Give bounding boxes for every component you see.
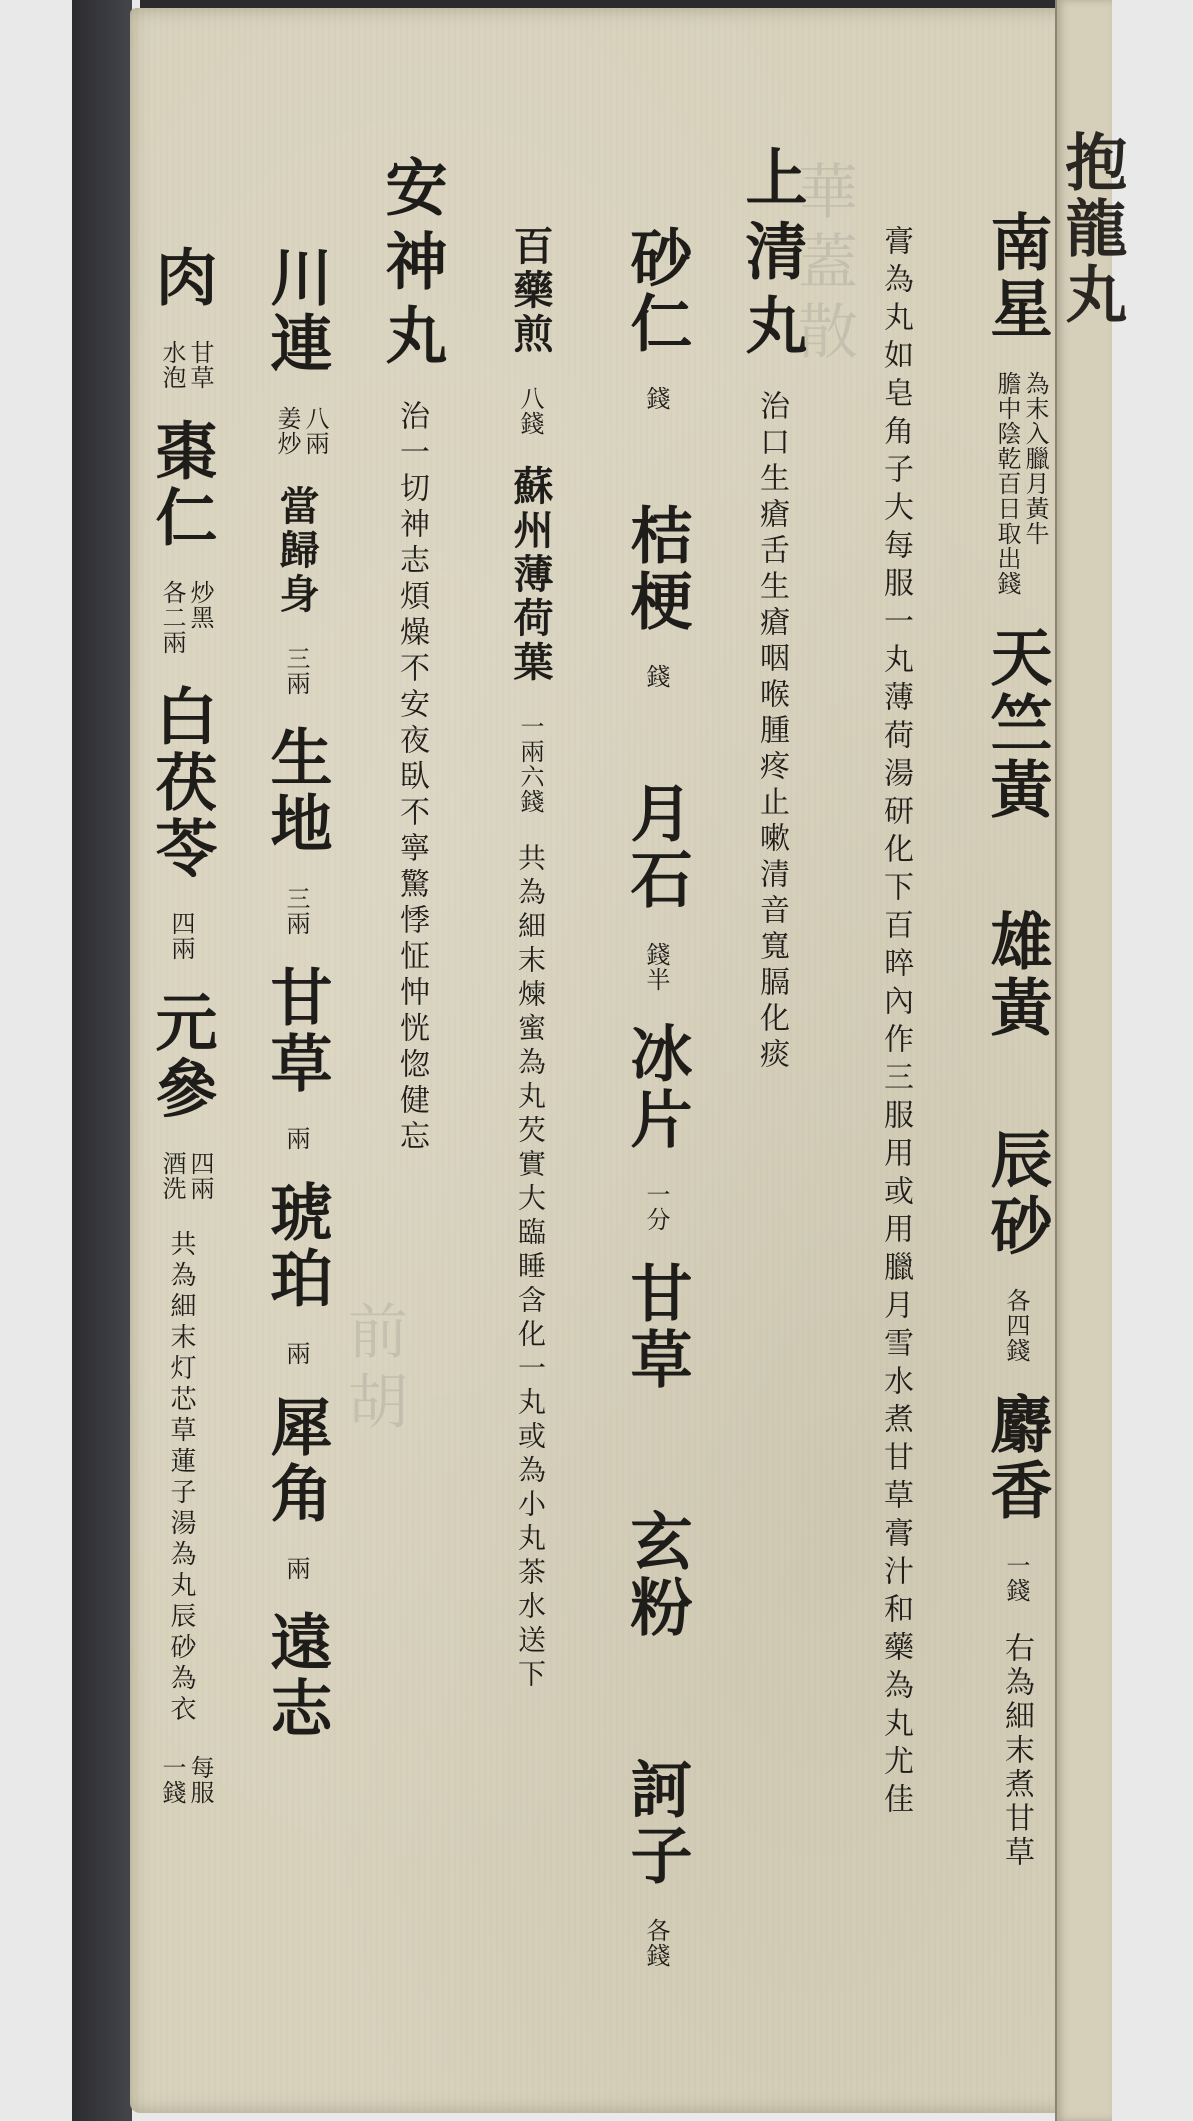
ingredient-name: 南星: [980, 210, 1053, 342]
formula-indication: 治一切神志煩燥不安夜臥不寧驚悸怔忡恍惚健忘: [394, 400, 429, 1156]
column-5: 百藥煎 八錢 蘇州薄荷葉 一兩六錢 共為細末煉蜜為丸芡實大臨睡含化一丸或為小丸茶…: [510, 225, 550, 1693]
ingredient-dose: 一兩六錢: [518, 714, 542, 814]
ingredient-name: 玄粉: [620, 1509, 693, 1641]
ingredient-dose: 各錢: [644, 1918, 668, 1968]
ingredient-name: 天竺黃: [980, 625, 1053, 823]
ingredient-dose: 八錢: [518, 386, 542, 436]
preparation-instruction: 膏為丸如皂角子大每服一丸薄荷湯研化下百晬內作三服用或用臘月雪水煮甘草膏汁和藥為丸…: [878, 225, 913, 1821]
ingredient-name: 白茯苓: [145, 684, 218, 882]
partial-title: 抱龍丸: [1060, 130, 1122, 328]
ingredient-name: 生地: [260, 725, 333, 857]
column-8: 肉 甘草 水泡 棗仁 炒黑 各二兩 白茯苓 四兩 元參 四兩 酒洗 共為細末灯芯…: [150, 245, 212, 1811]
ingredient-note: 八兩 姜炒: [275, 406, 327, 456]
ingredient-dose: 錢半: [644, 942, 668, 992]
column-7: 川連 八兩 姜炒 當歸身 三兩 生地 三兩 甘草 兩 琥珀 兩 犀角 兩 遠志: [265, 245, 327, 1742]
preparation-instruction: 右為細末煮甘草: [999, 1632, 1034, 1870]
ingredient-name: 訶子: [620, 1757, 693, 1889]
ingredient-dose: 兩: [284, 1556, 308, 1581]
ingredient-dose: 四兩: [169, 911, 193, 961]
column-2: 膏為丸如皂角子大每服一丸薄荷湯研化下百晬內作三服用或用臘月雪水煮甘草膏汁和藥為丸…: [880, 225, 910, 1821]
ingredient-name: 元參: [145, 990, 218, 1122]
book-binding-edge: [72, 0, 132, 2121]
ingredient-name: 肉: [145, 245, 218, 311]
ingredient-name: 甘草: [260, 965, 333, 1097]
ingredient-name: 甘草: [620, 1261, 693, 1393]
ingredient-dose: 一錢: [1004, 1553, 1028, 1603]
ingredient-name: 琥珀: [260, 1180, 333, 1312]
ingredient-name: 冰片: [620, 1021, 693, 1153]
ingredient-name: 犀角: [260, 1395, 333, 1527]
ingredient-name: 麝香: [980, 1392, 1053, 1524]
column-4: 砂仁 錢 桔梗 錢 月石 錢半 冰片 一分 甘草 玄粉 訶子 各錢: [625, 225, 687, 1974]
ingredient-dose: 各四錢: [1004, 1288, 1028, 1363]
ingredient-dose: 錢: [644, 386, 668, 411]
preparation-instruction: 共為細末灯芯草蓮子湯為丸辰砂為衣: [166, 1230, 196, 1726]
ingredient-name: 遠志: [260, 1610, 333, 1742]
ingredient-dose: 兩: [284, 1126, 308, 1151]
column-3: 上清丸 治口生瘡舌生瘡咽喉腫疼止嗽清音寬膈化痰: [740, 145, 802, 1074]
dosage-note: 每服 一錢: [160, 1755, 212, 1805]
preparation-instruction: 共為細末煉蜜為丸芡實大臨睡含化一丸或為小丸茶水送下: [514, 843, 547, 1693]
ingredient-name: 蘇州薄荷葉: [507, 465, 554, 685]
formula-indication: 治口生瘡舌生瘡咽喉腫疼止嗽清音寬膈化痰: [754, 390, 789, 1074]
ingredient-note: 炒黑 各二兩: [160, 580, 212, 655]
ingredient-name: 棗仁: [145, 419, 218, 551]
ingredient-dose: 錢: [644, 664, 668, 689]
ingredient-note: 為末入臘月黃牛 膽中陰乾百日取出錢: [995, 371, 1047, 596]
ingredient-dose: 一分: [644, 1182, 668, 1232]
column-6: 安神丸 治一切神志煩燥不安夜臥不寧驚悸怔忡恍惚健忘: [380, 155, 442, 1156]
ingredient-name: 川連: [260, 245, 333, 377]
ingredient-name: 月石: [620, 781, 693, 913]
ingredient-name: 辰砂: [980, 1127, 1053, 1259]
formula-title: 安神丸: [375, 155, 448, 377]
ingredient-note: 甘草 水泡: [160, 340, 212, 390]
ingredient-dose: 三兩: [284, 886, 308, 936]
ingredient-name: 雄黃: [980, 909, 1053, 1041]
ingredient-name: 砂仁: [620, 225, 693, 357]
ingredient-name: 桔梗: [620, 503, 693, 635]
ingredient-note: 四兩 酒洗: [160, 1151, 212, 1201]
bleed-through-text: 前胡: [330, 1300, 416, 1440]
ingredient-name: 當歸身: [273, 485, 320, 617]
formula-title: 上清丸: [735, 145, 808, 367]
column-1: 南星 為末入臘月黃牛 膽中陰乾百日取出錢 天竺黃 雄黃 辰砂 各四錢 麝香 一錢…: [985, 210, 1047, 1870]
ingredient-dose: 兩: [284, 1341, 308, 1366]
ingredient-dose: 三兩: [284, 646, 308, 696]
ingredient-name: 百藥煎: [507, 225, 554, 357]
